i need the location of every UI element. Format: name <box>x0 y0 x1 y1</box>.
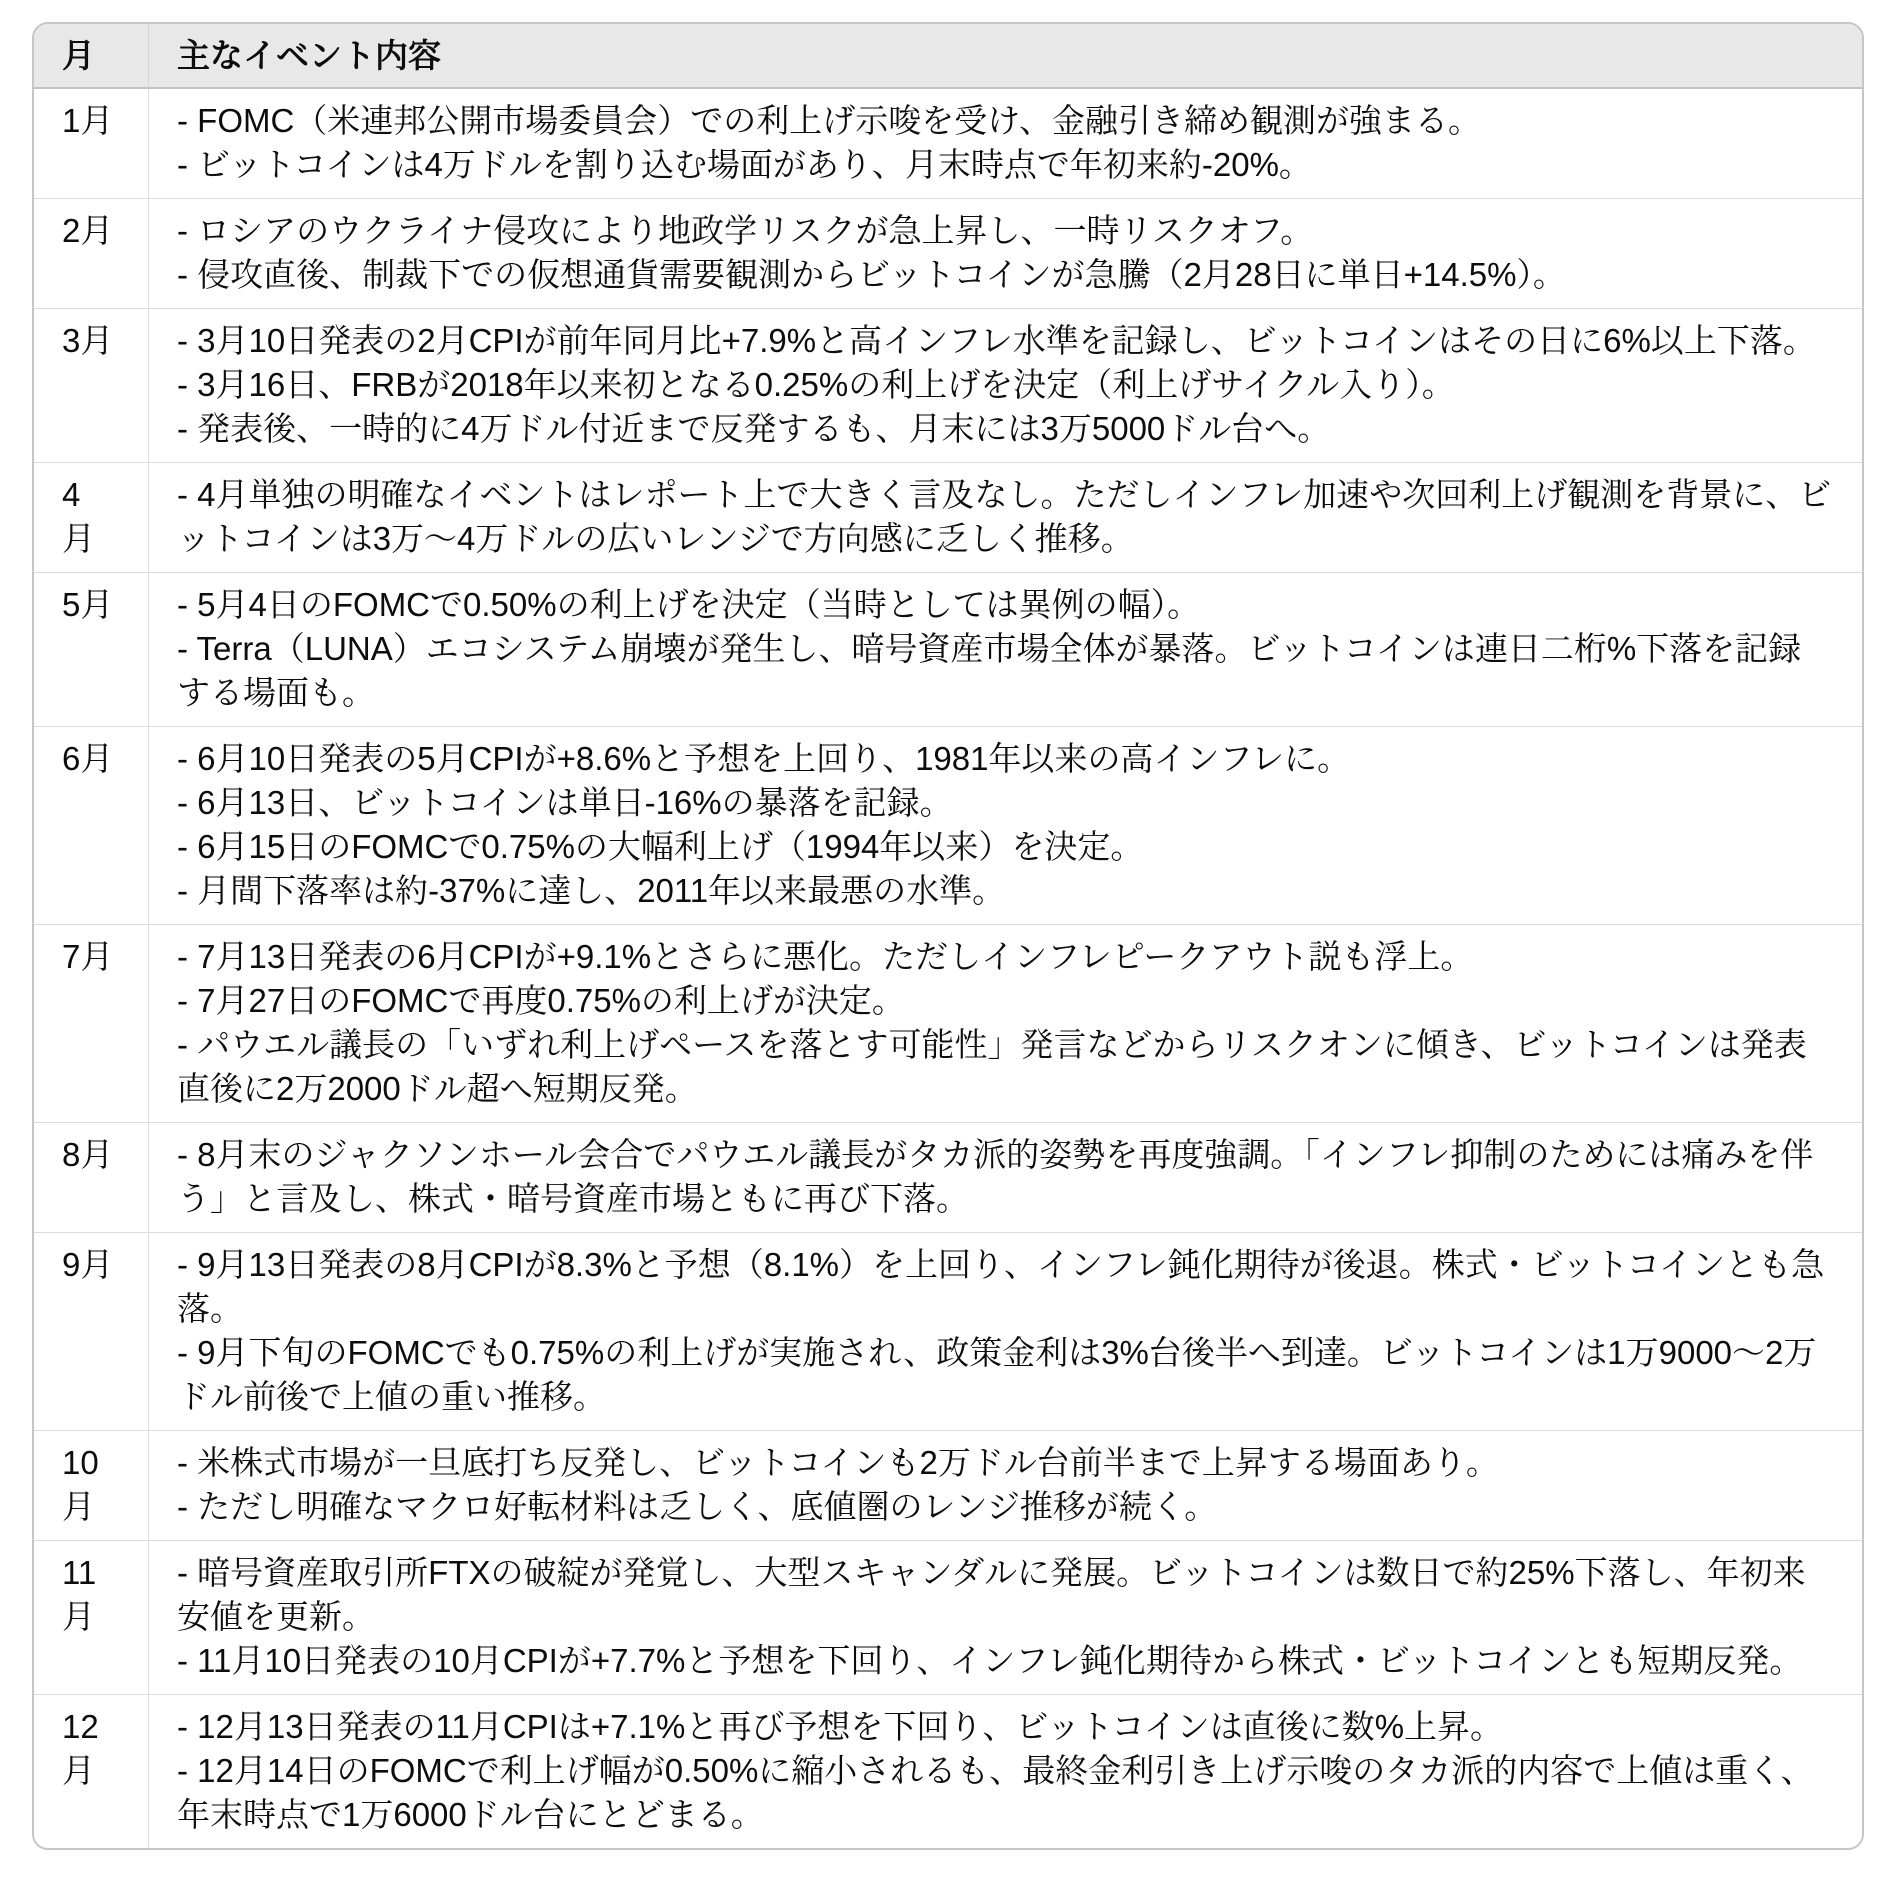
monthly-events-table: 月 主なイベント内容 1月- FOMC（米連邦公開市場委員会）での利上げ示唆を受… <box>32 22 1864 1850</box>
month-cell: 5月 <box>34 573 149 727</box>
month-cell: 9月 <box>34 1233 149 1431</box>
event-line: - 8月末のジャクソンホール会合でパウエル議長がタカ派的姿勢を再度強調。「インフ… <box>177 1133 1834 1221</box>
table-row: 10 月- 米株式市場が一旦底打ち反発し、ビットコインも2万ドル台前半まで上昇す… <box>34 1431 1862 1541</box>
month-cell: 2月 <box>34 199 149 309</box>
event-line: - 6月10日発表の5月CPIが+8.6%と予想を上回り、1981年以来の高イン… <box>177 737 1834 781</box>
events-cell: - 12月13日発表の11月CPIは+7.1%と再び予想を下回り、ビットコインは… <box>149 1695 1862 1848</box>
month-cell: 7月 <box>34 925 149 1123</box>
event-line: - パウエル議長の「いずれ利上げペースを落とす可能性」発言などからリスクオンに傾… <box>177 1023 1834 1111</box>
table-row: 4 月- 4月単独の明確なイベントはレポート上で大きく言及なし。ただしインフレ加… <box>34 463 1862 573</box>
month-cell: 8月 <box>34 1123 149 1233</box>
event-line: - ロシアのウクライナ侵攻により地政学リスクが急上昇し、一時リスクオフ。 <box>177 209 1834 253</box>
event-line: - 9月13日発表の8月CPIが8.3%と予想（8.1%）を上回り、インフレ鈍化… <box>177 1243 1834 1331</box>
events-cell: - 6月10日発表の5月CPIが+8.6%と予想を上回り、1981年以来の高イン… <box>149 727 1862 925</box>
month-cell: 6月 <box>34 727 149 925</box>
header-row: 月 主なイベント内容 <box>34 24 1862 89</box>
event-line: - 月間下落率は約-37%に達し、2011年以来最悪の水準。 <box>177 869 1834 913</box>
event-line: - 12月14日のFOMCで利上げ幅が0.50%に縮小されるも、最終金利引き上げ… <box>177 1749 1834 1837</box>
table-row: 7月- 7月13日発表の6月CPIが+9.1%とさらに悪化。ただしインフレピーク… <box>34 925 1862 1123</box>
table-row: 9月- 9月13日発表の8月CPIが8.3%と予想（8.1%）を上回り、インフレ… <box>34 1233 1862 1431</box>
month-cell: 4 月 <box>34 463 149 573</box>
event-line: - FOMC（米連邦公開市場委員会）での利上げ示唆を受け、金融引き締め観測が強ま… <box>177 99 1834 143</box>
events-cell: - FOMC（米連邦公開市場委員会）での利上げ示唆を受け、金融引き締め観測が強ま… <box>149 89 1862 199</box>
event-line: - 7月13日発表の6月CPIが+9.1%とさらに悪化。ただしインフレピークアウ… <box>177 935 1834 979</box>
table-row: 5月- 5月4日のFOMCで0.50%の利上げを決定（当時としては異例の幅）。-… <box>34 573 1862 727</box>
event-line: - ビットコインは4万ドルを割り込む場面があり、月末時点で年初来約-20%。 <box>177 143 1834 187</box>
event-line: - 6月13日、ビットコインは単日-16%の暴落を記録。 <box>177 781 1834 825</box>
event-line: - 12月13日発表の11月CPIは+7.1%と再び予想を下回り、ビットコインは… <box>177 1705 1834 1749</box>
event-line: - 米株式市場が一旦底打ち反発し、ビットコインも2万ドル台前半まで上昇する場面あ… <box>177 1441 1834 1485</box>
event-line: - ただし明確なマクロ好転材料は乏しく、底値圏のレンジ推移が続く。 <box>177 1485 1834 1529</box>
event-line: - 5月4日のFOMCで0.50%の利上げを決定（当時としては異例の幅）。 <box>177 583 1834 627</box>
event-line: - 3月16日、FRBが2018年以来初となる0.25%の利上げを決定（利上げサ… <box>177 363 1834 407</box>
event-line: - 4月単独の明確なイベントはレポート上で大きく言及なし。ただしインフレ加速や次… <box>177 473 1834 561</box>
event-line: - 6月15日のFOMCで0.75%の大幅利上げ（1994年以来）を決定。 <box>177 825 1834 869</box>
month-cell: 12 月 <box>34 1695 149 1848</box>
events-cell: - 4月単独の明確なイベントはレポート上で大きく言及なし。ただしインフレ加速や次… <box>149 463 1862 573</box>
table-row: 6月- 6月10日発表の5月CPIが+8.6%と予想を上回り、1981年以来の高… <box>34 727 1862 925</box>
events-cell: - 米株式市場が一旦底打ち反発し、ビットコインも2万ドル台前半まで上昇する場面あ… <box>149 1431 1862 1541</box>
table-row: 8月- 8月末のジャクソンホール会合でパウエル議長がタカ派的姿勢を再度強調。「イ… <box>34 1123 1862 1233</box>
events-column-header: 主なイベント内容 <box>149 24 1862 89</box>
events-cell: - 5月4日のFOMCで0.50%の利上げを決定（当時としては異例の幅）。- T… <box>149 573 1862 727</box>
events-cell: - 8月末のジャクソンホール会合でパウエル議長がタカ派的姿勢を再度強調。「インフ… <box>149 1123 1862 1233</box>
events-cell: - 暗号資産取引所FTXの破綻が発覚し、大型スキャンダルに発展。ビットコインは数… <box>149 1541 1862 1695</box>
table-body: 1月- FOMC（米連邦公開市場委員会）での利上げ示唆を受け、金融引き締め観測が… <box>34 89 1862 1848</box>
events-cell: - ロシアのウクライナ侵攻により地政学リスクが急上昇し、一時リスクオフ。- 侵攻… <box>149 199 1862 309</box>
event-line: - 7月27日のFOMCで再度0.75%の利上げが決定。 <box>177 979 1834 1023</box>
event-line: - 9月下旬のFOMCでも0.75%の利上げが実施され、政策金利は3%台後半へ到… <box>177 1331 1834 1419</box>
page: 月 主なイベント内容 1月- FOMC（米連邦公開市場委員会）での利上げ示唆を受… <box>0 0 1898 1880</box>
table-row: 3月- 3月10日発表の2月CPIが前年同月比+7.9%と高インフレ水準を記録し… <box>34 309 1862 463</box>
month-column-header: 月 <box>34 24 149 89</box>
month-cell: 11 月 <box>34 1541 149 1695</box>
event-line: - 侵攻直後、制裁下での仮想通貨需要観測からビットコインが急騰（2月28日に単日… <box>177 253 1834 297</box>
event-line: - 暗号資産取引所FTXの破綻が発覚し、大型スキャンダルに発展。ビットコインは数… <box>177 1551 1834 1639</box>
table-row: 2月- ロシアのウクライナ侵攻により地政学リスクが急上昇し、一時リスクオフ。- … <box>34 199 1862 309</box>
event-line: - 3月10日発表の2月CPIが前年同月比+7.9%と高インフレ水準を記録し、ビ… <box>177 319 1834 363</box>
month-cell: 10 月 <box>34 1431 149 1541</box>
table-row: 11 月- 暗号資産取引所FTXの破綻が発覚し、大型スキャンダルに発展。ビットコ… <box>34 1541 1862 1695</box>
table-row: 12 月- 12月13日発表の11月CPIは+7.1%と再び予想を下回り、ビット… <box>34 1695 1862 1848</box>
event-line: - Terra（LUNA）エコシステム崩壊が発生し、暗号資産市場全体が暴落。ビッ… <box>177 627 1834 715</box>
month-cell: 3月 <box>34 309 149 463</box>
month-cell: 1月 <box>34 89 149 199</box>
table-row: 1月- FOMC（米連邦公開市場委員会）での利上げ示唆を受け、金融引き締め観測が… <box>34 89 1862 199</box>
events-cell: - 3月10日発表の2月CPIが前年同月比+7.9%と高インフレ水準を記録し、ビ… <box>149 309 1862 463</box>
event-line: - 発表後、一時的に4万ドル付近まで反発するも、月末には3万5000ドル台へ。 <box>177 407 1834 451</box>
event-line: - 11月10日発表の10月CPIが+7.7%と予想を下回り、インフレ鈍化期待か… <box>177 1639 1834 1683</box>
table-header: 月 主なイベント内容 <box>34 24 1862 89</box>
events-cell: - 9月13日発表の8月CPIが8.3%と予想（8.1%）を上回り、インフレ鈍化… <box>149 1233 1862 1431</box>
events-cell: - 7月13日発表の6月CPIが+9.1%とさらに悪化。ただしインフレピークアウ… <box>149 925 1862 1123</box>
